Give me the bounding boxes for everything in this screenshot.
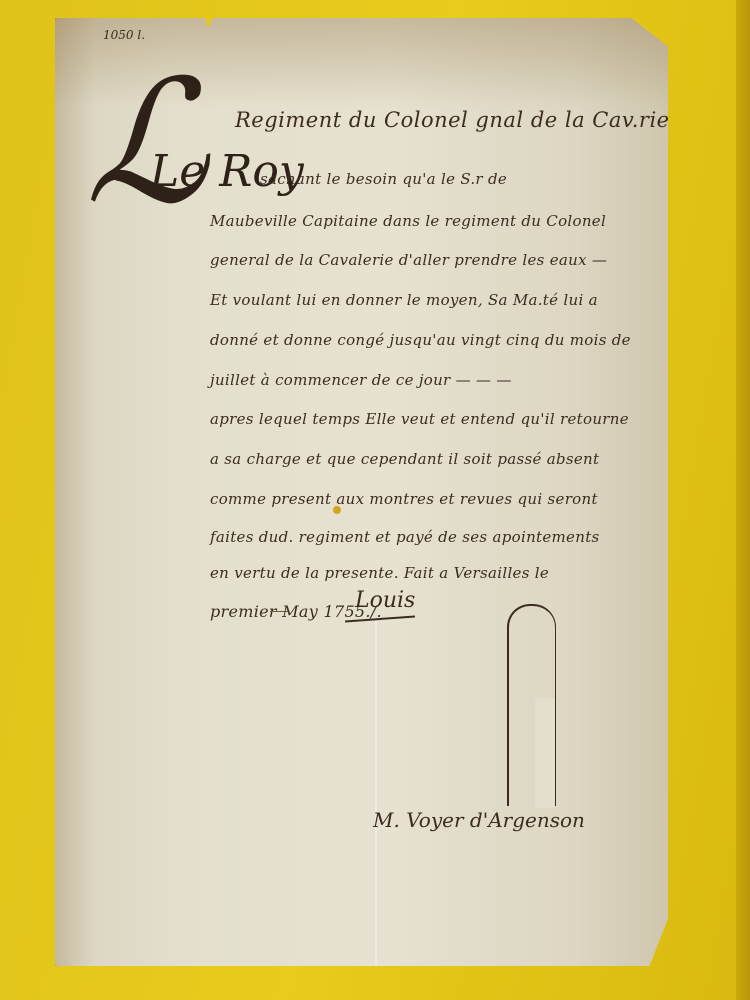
king-signature: Louis	[355, 588, 415, 613]
body-line-10: faites dud. regiment et payé de ses apoi…	[210, 528, 600, 546]
paper-fold	[375, 618, 377, 966]
background-edge	[736, 0, 750, 1000]
body-line-9: comme present aux montres et revues qui …	[210, 490, 598, 508]
margin-dash	[270, 611, 288, 612]
body-line-8: a sa charge et que cependant il soit pas…	[210, 450, 599, 468]
body-line-3: general de la Cavalerie d'aller prendre …	[210, 251, 607, 269]
body-line-6: juillet à commencer de ce jour — — —	[210, 371, 512, 389]
archive-reference: 1050 l.	[103, 28, 145, 42]
body-line-1: sachant le besoin qu'a le S.r de	[260, 170, 507, 188]
body-line-11: en vertu de la presente. Fait a Versaill…	[210, 564, 549, 582]
manuscript-page: 1050 l. ℒ Regiment du Colonel gnal de la…	[55, 18, 668, 966]
body-line-5: donné et donne congé jusqu'au vingt cinq…	[210, 331, 631, 349]
secretary-signature: M. Voyer d'Argenson	[373, 808, 585, 832]
body-line-4: Et voulant lui en donner le moyen, Sa Ma…	[210, 291, 598, 309]
regiment-heading: Regiment du Colonel gnal de la Cav.rie	[235, 108, 670, 132]
paraph-gap	[535, 698, 555, 808]
calligraphic-initial: ℒ	[85, 58, 207, 228]
body-line-2: Maubeville Capitaine dans le regiment du…	[210, 212, 606, 230]
body-line-7: apres lequel temps Elle veut et entend q…	[210, 410, 629, 428]
stain-mark	[333, 506, 341, 514]
